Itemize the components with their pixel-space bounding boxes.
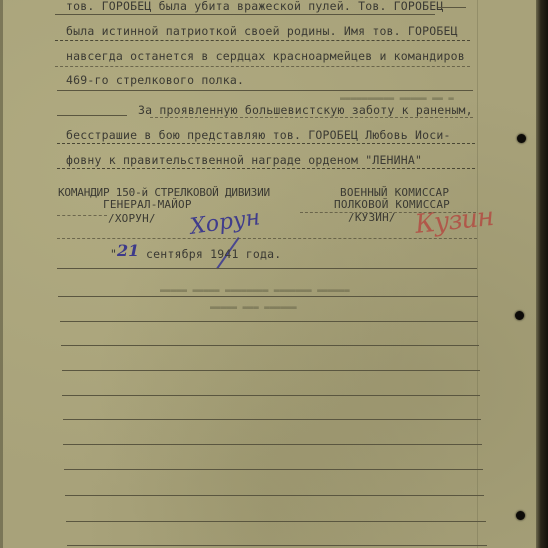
- form-rule: [150, 117, 473, 118]
- form-rule: [60, 321, 478, 322]
- bleed-through-text: ▬▬▬▬▬ ▬▬▬ ▬▬▬▬▬▬: [210, 303, 297, 313]
- form-rule: [300, 212, 476, 213]
- punch-hole: [516, 511, 525, 520]
- bleed-through-text: ▬▬▬▬▬ ▬▬▬▬▬ ▬▬▬▬▬▬▬▬ ▬▬▬▬▬▬▬ ▬▬▬▬▬▬: [160, 286, 350, 296]
- form-rule: [57, 143, 475, 144]
- date-month-year: сентября 1941 года.: [146, 247, 281, 261]
- form-rule: [57, 215, 107, 216]
- text-line-1: тов. ГОРОБЕЦ была убита вражеской пулей.…: [66, 0, 444, 13]
- form-rule: [57, 90, 473, 91]
- text-line-6: бесстрашие в бою представляю тов. ГОРОБЕ…: [66, 128, 451, 142]
- form-rule: [57, 268, 477, 269]
- text-line-5: За проявленную большевистскую заботу к р…: [138, 103, 473, 117]
- form-rule: [58, 296, 478, 297]
- text-line-4: 469-го стрелкового полка.: [66, 73, 244, 87]
- signature-right-name: /КУЗИН/: [348, 211, 396, 225]
- form-rule: [55, 14, 435, 15]
- signature-left-name: /ХОРУН/: [108, 212, 156, 226]
- document-page: тов. ГОРОБЕЦ была убита вражеской пулей.…: [0, 0, 538, 548]
- bleed-through-text: ▬▬▬▬▬▬▬▬▬▬ ▬▬▬▬▬ ▬▬ ▬: [340, 94, 454, 104]
- signature-left-handwritten: Хорун: [189, 205, 262, 240]
- margin-rule: [477, 0, 478, 548]
- text-line-7: фовну к правительственной награде ордено…: [66, 153, 422, 167]
- page-right-edge: [536, 0, 548, 548]
- form-rule: [67, 545, 487, 546]
- signature-left-rank: ГЕНЕРАЛ-МАЙОР: [103, 198, 192, 212]
- date-day-handwritten: 21: [117, 241, 139, 260]
- form-rule: [61, 345, 479, 346]
- form-rule: [65, 495, 484, 496]
- form-rule: [55, 40, 470, 41]
- text-line-3: навсегда останется в сердцах красноармей…: [66, 49, 465, 63]
- punch-hole: [515, 311, 524, 320]
- page-left-edge: [0, 0, 3, 548]
- form-rule: [438, 7, 466, 8]
- form-rule: [57, 238, 477, 239]
- form-rule: [62, 370, 480, 371]
- punch-hole: [517, 134, 526, 143]
- form-rule: [57, 115, 127, 116]
- form-rule: [63, 444, 482, 445]
- form-rule: [57, 168, 475, 169]
- form-rule: [66, 521, 486, 522]
- form-rule: [64, 469, 483, 470]
- text-line-2: была истинной патриоткой своей родины. И…: [66, 24, 458, 38]
- form-rule: [55, 66, 470, 67]
- form-rule: [63, 419, 481, 420]
- form-rule: [62, 395, 480, 396]
